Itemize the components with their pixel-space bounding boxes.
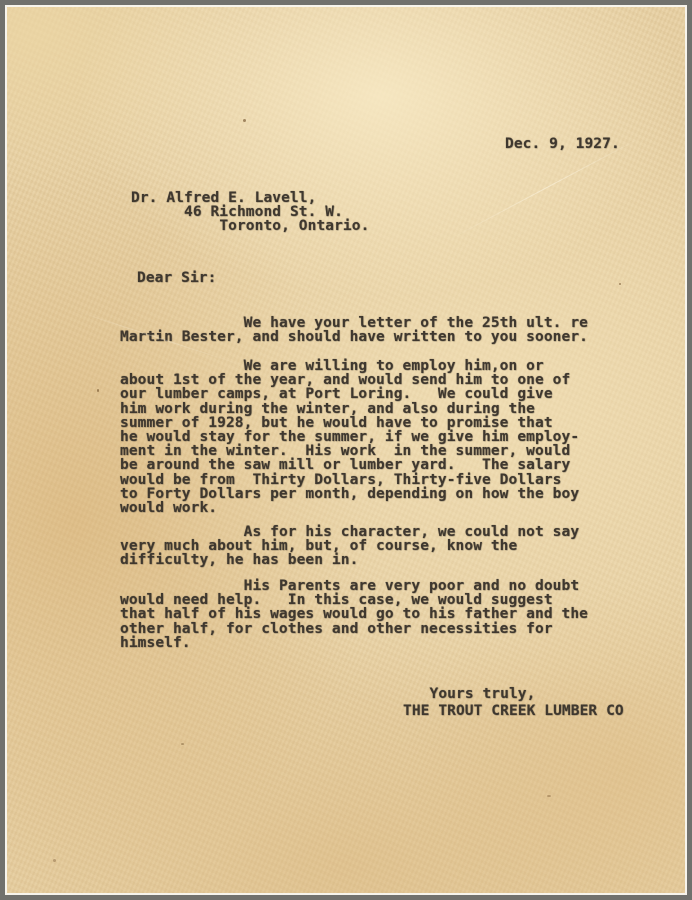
paper-speck [181,743,184,745]
scanned-letter: Dec. 9, 1927. Dr. Alfred E. Lavell, 46 R… [0,0,692,900]
paper-speck [53,859,56,862]
paper-speck [547,795,551,797]
letter-paper: Dec. 9, 1927. Dr. Alfred E. Lavell, 46 R… [7,7,685,893]
paper-edge: Dec. 9, 1927. Dr. Alfred E. Lavell, 46 R… [5,5,687,895]
letter-paragraph: We are willing to employ him,on or about… [120,359,579,515]
paper-speck [243,119,246,122]
letter-date: Dec. 9, 1927. [505,137,620,151]
letter-paragraph: As for his character, we could not say v… [120,525,579,568]
recipient-address: Dr. Alfred E. Lavell, 46 Richmond St. W.… [131,191,369,233]
letter-paragraph: We have your letter of the 25th ult. re … [120,316,588,344]
closing-signature: Yours truly, THE TROUT CREEK LUMBER CO [403,686,624,719]
letter-paragraph: His Parents are very poor and no doubt w… [120,579,588,650]
paper-speck [97,389,99,392]
salutation: Dear Sir: [137,271,216,285]
paper-speck [619,283,621,285]
